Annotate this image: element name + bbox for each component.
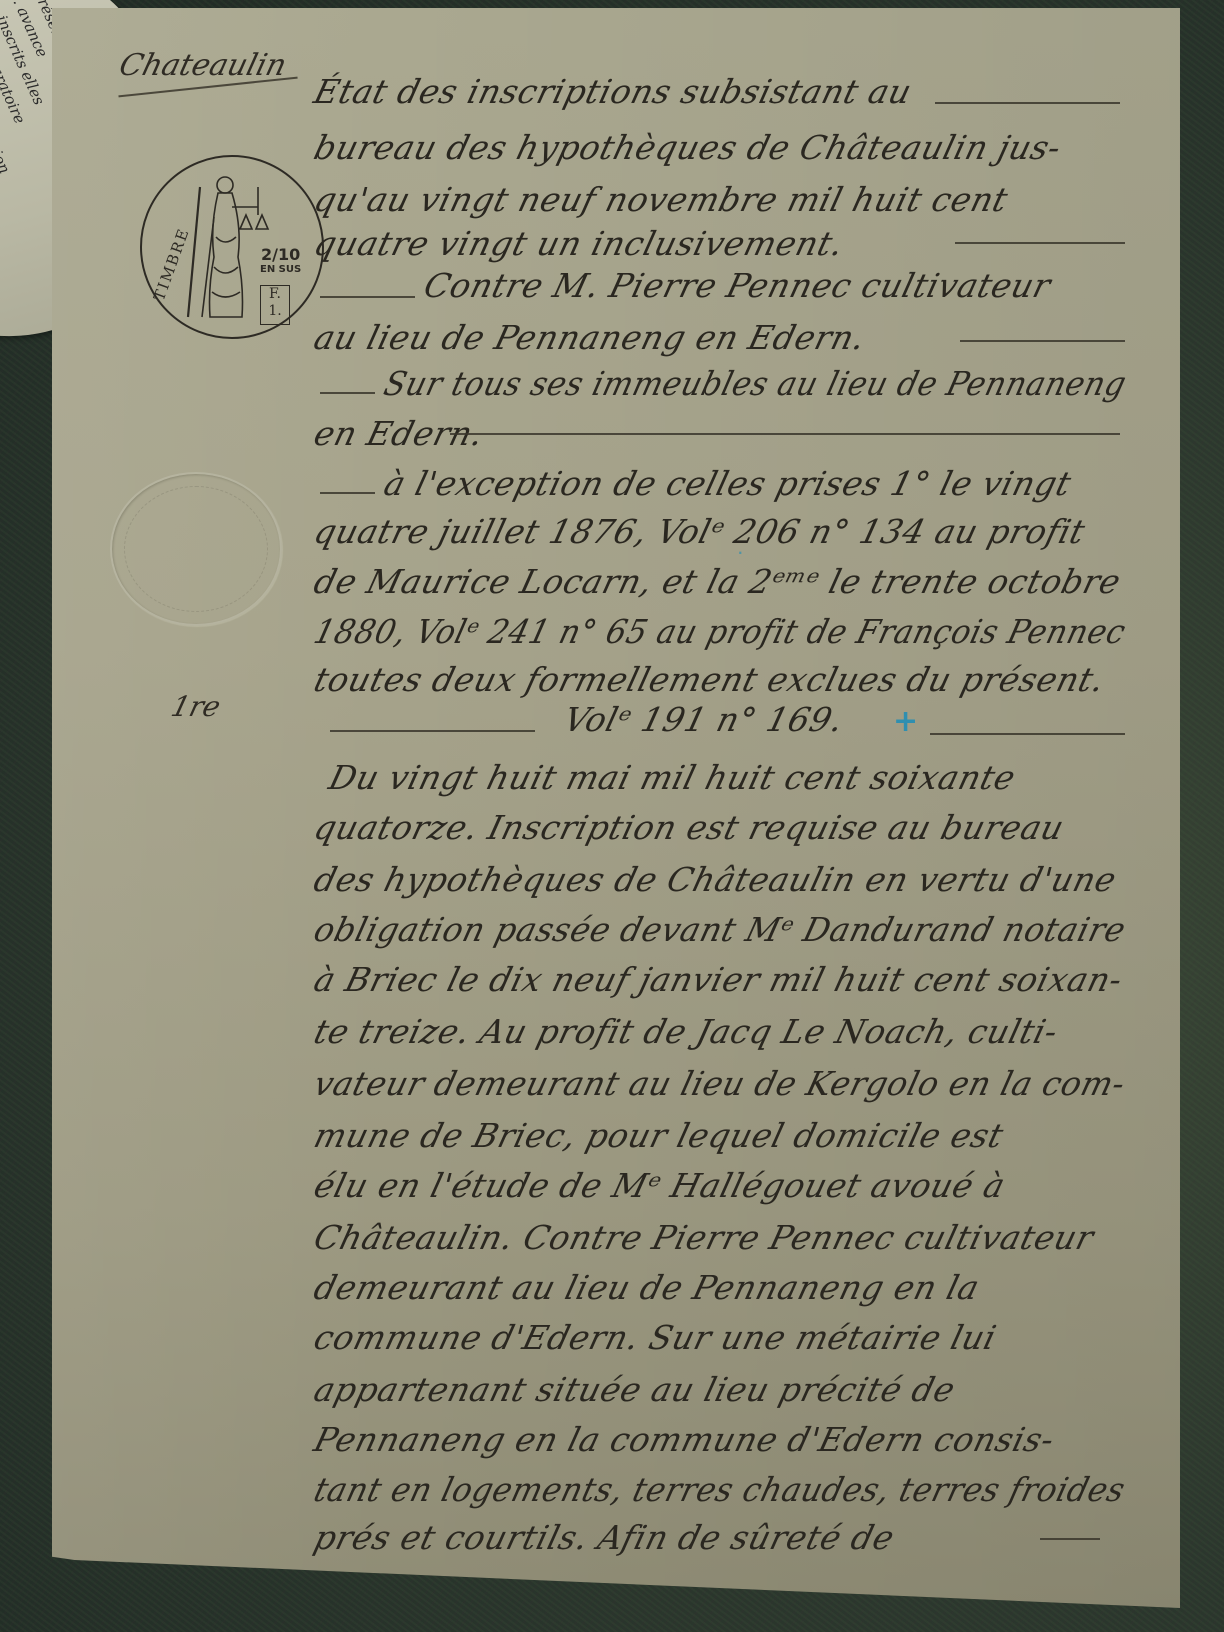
body-line: te treize. Au profit de Jacq Le Noach, c… bbox=[310, 1012, 1062, 1051]
header-line: qu'au vingt neuf novembre mil huit cent bbox=[310, 180, 1012, 219]
exception-line: à l'exception de celles prises 1° le vin… bbox=[380, 464, 1075, 503]
body-line: obligation passée devant Mᵉ Dandurand no… bbox=[310, 910, 1130, 949]
exception-line: toutes deux formellement exclues du prés… bbox=[310, 660, 1109, 699]
body-line: mune de Briec, pour lequel domicile est bbox=[310, 1116, 1007, 1155]
body-line: quatorze. Inscription est requise au bur… bbox=[310, 808, 1068, 847]
blue-pencil-cross-icon: + bbox=[893, 704, 918, 739]
fill-rule bbox=[320, 492, 375, 494]
body-line: prés et courtils. Afin de sûreté de bbox=[310, 1518, 898, 1557]
header-line: État des inscriptions subsistant au bbox=[310, 72, 916, 111]
exception-line: 1880, Volᵉ 241 n° 65 au profit de Franço… bbox=[310, 612, 1130, 651]
fill-rule bbox=[320, 296, 415, 298]
margin-note-first: 1re bbox=[168, 690, 224, 723]
body-line: Châteaulin. Contre Pierre Pennec cultiva… bbox=[310, 1218, 1098, 1257]
fill-rule bbox=[320, 392, 375, 394]
volume-reference: Volᵉ 191 n° 169. bbox=[560, 700, 847, 739]
against-line: Contre M. Pierre Pennec cultivateur bbox=[420, 266, 1055, 305]
body-line: à Briec le dix neuf janvier mil huit cen… bbox=[310, 960, 1126, 999]
body-line: des hypothèques de Châteaulin en vertu d… bbox=[310, 860, 1120, 899]
stamp-value: 2/10 EN SUS bbox=[260, 247, 301, 277]
embossed-dry-seal-icon bbox=[110, 472, 282, 626]
against-line: au lieu de Pennaneng en Edern. bbox=[310, 318, 869, 357]
header-line: bureau des hypothèques de Châteaulin jus… bbox=[310, 128, 1065, 167]
body-line: appartenant située au lieu précité de bbox=[310, 1370, 959, 1409]
body-line: Du vingt huit mai mil huit cent soixante bbox=[325, 758, 1019, 797]
fill-rule bbox=[960, 340, 1125, 342]
fill-rule bbox=[450, 433, 1120, 435]
margin-note-chateaulin: Chateaulin bbox=[116, 48, 290, 83]
fill-rule bbox=[1040, 1538, 1100, 1540]
stamp-denomination: F. 1. bbox=[260, 285, 290, 325]
body-line: Pennaneng en la commune d'Edern consis- bbox=[310, 1420, 1058, 1459]
upon-line: Sur tous ses immeubles au lieu de Pennan… bbox=[380, 364, 1130, 403]
exception-line: de Maurice Locarn, et la 2ᵉᵐᵉ le trente … bbox=[310, 562, 1125, 601]
fill-rule bbox=[930, 733, 1125, 735]
fill-rule bbox=[955, 242, 1125, 244]
justice-figure-with-scales-icon bbox=[180, 167, 270, 327]
fill-rule bbox=[330, 730, 535, 732]
body-line: vateur demeurant au lieu de Kergolo en l… bbox=[310, 1064, 1129, 1103]
blue-pencil-dot: · bbox=[738, 546, 743, 560]
body-line: demeurant au lieu de Pennaneng en la bbox=[310, 1268, 983, 1307]
fill-rule bbox=[935, 102, 1120, 104]
body-line: tant en logements, terres chaudes, terre… bbox=[310, 1470, 1129, 1509]
body-line: élu en l'étude de Mᵉ Hallégouet avoué à bbox=[310, 1166, 1009, 1205]
body-line: commune d'Edern. Sur une métairie lui bbox=[310, 1318, 1000, 1357]
stamp-suffix: EN SUS bbox=[260, 262, 301, 277]
fiscal-stamp: TIMBRE 2/10 EN SUS F. 1. bbox=[140, 155, 324, 339]
exception-line: quatre juillet 1876, Volᵉ 206 n° 134 au … bbox=[310, 512, 1089, 551]
header-line: quatre vingt un inclusivement. bbox=[310, 224, 848, 263]
